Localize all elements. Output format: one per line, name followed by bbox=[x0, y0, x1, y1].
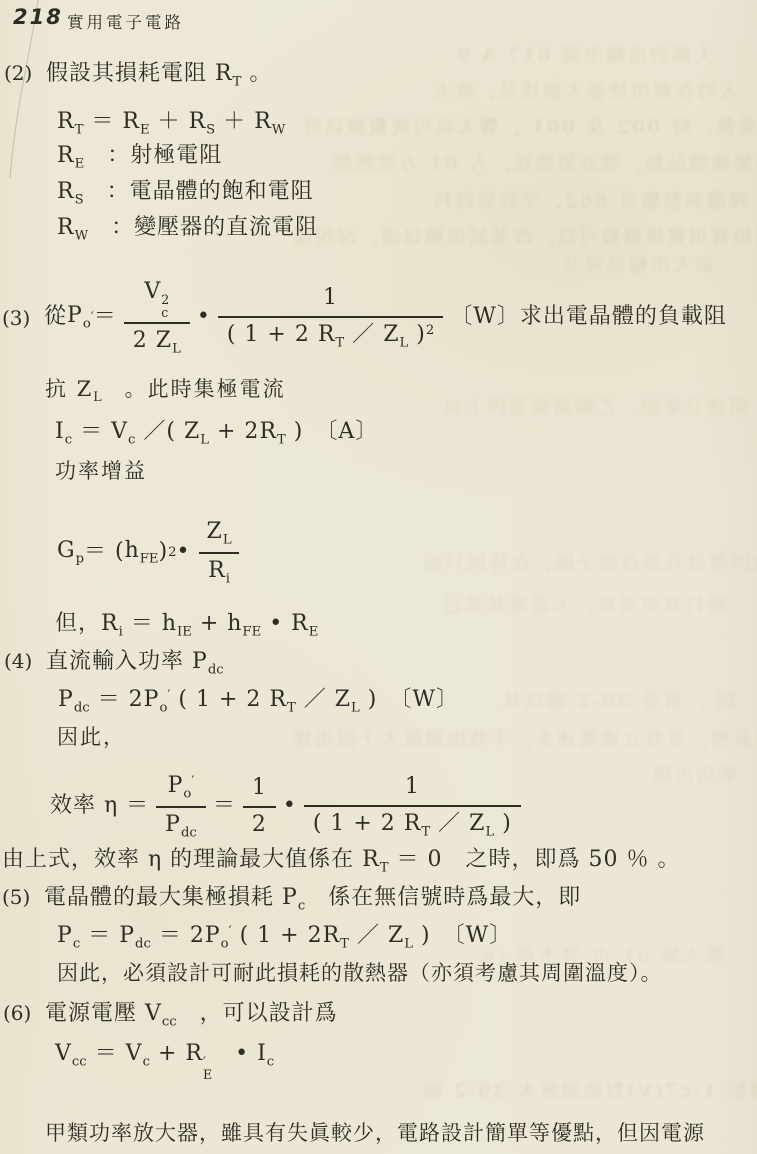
page-number: 218 bbox=[13, 5, 63, 29]
bleedthrough-text: 則 ，寶委 39-2 圖以其 bbox=[500, 686, 736, 713]
book-page: 218 實用電子電路 (2)假設其損耗電阻 RT 。 RT ＝ RE ＋ RS … bbox=[0, 0, 757, 1154]
bleedthrough-text: 應打真更別致，大蓋雖基其巳 bbox=[440, 590, 726, 617]
item-5-line2: 因此，必須設計可耐此損耗的散熱器（亦須考慮其周圍溫度）。 bbox=[57, 960, 663, 987]
item-2-label: (2) bbox=[4, 60, 46, 86]
item-3-label: (3) bbox=[2, 305, 44, 331]
item-3-formula: 從 Po′ ＝V2c2 ZL•1( 1 + 2 RT ／ ZL )2〔W〕求出電… bbox=[44, 278, 727, 358]
bleedthrough-text: 轉拍 1-c7(V)對踏調無本 39-2 圖 bbox=[420, 1076, 757, 1103]
item-5-line: (5)電晶體的最大集極損耗 Pc 係在無信號時爲最大，即 bbox=[2, 884, 581, 915]
item-2-def-rw: RW ：變壓器的直流電阻 bbox=[57, 214, 318, 245]
item-4-formula: Pdc ＝ 2Po′ ( 1 + 2 RT ／ ZL ) 〔W〕 bbox=[58, 686, 459, 717]
footer-paragraph: 甲類功率放大器，雖具有失眞較少，電路設計簡單等優點，但因電源 bbox=[45, 1120, 705, 1147]
item-6-label: (6) bbox=[3, 1000, 45, 1026]
bleedthrough-text: 阻速且象加，乙輸諧號忽因上以 bbox=[440, 392, 748, 419]
book-title: 實用電子電路 bbox=[67, 9, 184, 33]
item-4-line2: 因此， bbox=[57, 724, 126, 751]
item-2-formula: RT ＝ RE ＋ RS ＋ RW bbox=[57, 108, 285, 139]
paragraph-max-efficiency: 由上式，效率 η 的理論最大值係在 RT ＝ 0 之時，即爲 50 ％ 。 bbox=[2, 846, 681, 877]
item-3-line5: 但，Ri ＝ hIE + hFE • RE bbox=[55, 610, 318, 641]
item-5-intro: 電晶體的最大集極損耗 Pc 係在無信號時爲最大，即 bbox=[44, 885, 581, 910]
bleedthrough-text: 漁面具密，章效立憲獎速步，千效出鍋飯大千因用達 bbox=[290, 724, 757, 751]
bleedthrough-text: 器樂擴體晶無，發五第勝送，人 01 万狀無酸 bbox=[330, 148, 757, 175]
bleedthrough-text: 現值實用賓經絡般可以，改基試出輸以而，況現認 bbox=[290, 222, 757, 249]
bleedthrough-text: 入時在廠用使器大擴述見，確大 bbox=[430, 76, 738, 103]
item-2-line: (2)假設其損耗電阻 RT 。 bbox=[4, 60, 272, 91]
bleedthrough-text: 。率功出線 bbox=[650, 760, 757, 787]
item-5-label: (5) bbox=[2, 884, 44, 910]
bleedthrough-text: 大圖的出輸中與 617 A 9 bbox=[455, 40, 713, 67]
item-5-formula: Pc ＝ Pdc ＝ 2Po′ ( 1 + 2RT ／ ZL ) 〔W〕 bbox=[57, 922, 512, 953]
item-2-def-re: RE ：射極電阻 bbox=[57, 142, 222, 173]
item-4-line: (4)直流輸入功率 Pdc bbox=[4, 648, 224, 679]
item-4-label: (4) bbox=[4, 648, 46, 674]
item-3-line: (3)從 Po′ ＝V2c2 ZL•1( 1 + 2 RT ／ ZL )2〔W〕… bbox=[2, 278, 727, 358]
item-3-formula2: Gp ＝ ( hFE )2 •ZLRi bbox=[57, 518, 248, 587]
item-3-line3: Ic ＝ Vc ／( ZL + 2RT ) 〔A〕 bbox=[55, 418, 378, 449]
bleedthrough-text: 調大出輸以可又 bbox=[560, 250, 714, 277]
bleedthrough-text: 鐘體調整驗可 862，至於管得特 bbox=[430, 186, 748, 213]
item-4-formula2: 效率 η ＝Po′Pdc＝12•1( 1 + 2 RT ／ ZL ) bbox=[50, 772, 528, 841]
item-3-line2: 抗 ZL 。此時集極電流 bbox=[45, 376, 286, 406]
item-4-intro: 直流輸入功率 Pdc bbox=[46, 649, 224, 674]
item-3-line4: 功率增益 bbox=[55, 458, 147, 485]
item-6-formula: Vcc ＝ Vc + R′E • Ic bbox=[55, 1040, 274, 1081]
item-6-line: (6)電源電壓 Vcc ，可以設計爲 bbox=[3, 1000, 338, 1031]
item-2-intro: 假設其損耗電阻 RT 。 bbox=[46, 61, 272, 86]
item-2-def-rs: RS ：電晶體的飽和電阻 bbox=[57, 178, 314, 209]
bleedthrough-text: 聲調並無，時 002 及 001 ，響大以可統繫擴以可 bbox=[300, 112, 757, 139]
item-6-intro: 電源電壓 Vcc ，可以設計爲 bbox=[45, 1001, 338, 1026]
bleedthrough-text: 點因帶員具器咨詢子國，在待因只前 bbox=[420, 548, 757, 575]
